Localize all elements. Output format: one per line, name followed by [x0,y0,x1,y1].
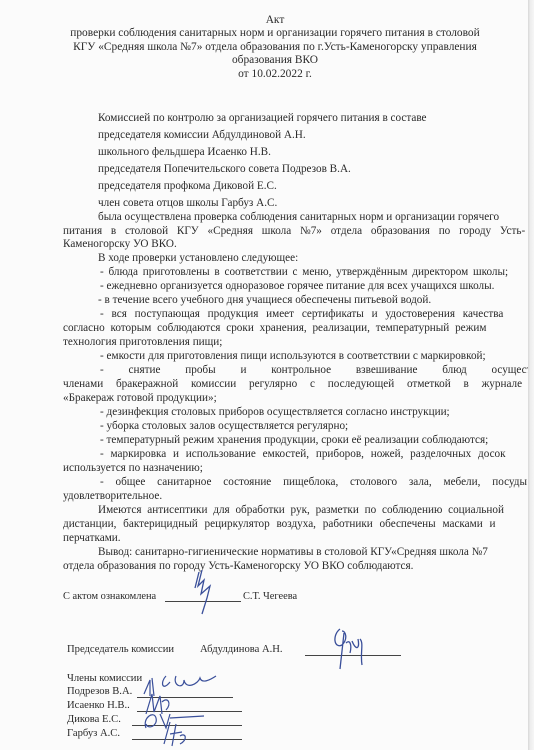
acknowledged-name: С.Т. Чегеева [243,590,297,603]
finding-item: - ежедневно организуется одноразовое гор… [100,280,494,293]
commission-member: председателя комиссии Абдулдиновой А.Н. [98,129,306,142]
doc-title: Акт [70,14,480,27]
conclusion-line: отдела образования по городу Усть-Камено… [63,560,413,573]
finding-item: - снятие пробы и контрольное взвешивание… [100,364,534,377]
finding-item: - блюда приготовлены в соответствии с ме… [100,266,508,279]
finding-item-cont: удовлетворительное. [63,490,162,503]
commission-member: член совета отцов школы Гарбуз А.С. [98,197,277,210]
finding-item: - вся поступающая продукция имеет сертиф… [100,308,503,321]
finding-item-cont: технология приготовления пищи; [63,336,222,349]
finding-item: - маркировка и использование емкостей, п… [100,448,506,461]
document-page: Акт проверки соблюдения санитарных норм … [0,0,528,750]
acknowledged-label: С актом ознакомлена [63,590,156,603]
doc-subtitle-line-1: проверки соблюдения санитарных норм и ор… [70,27,480,40]
paragraph-line: перчатками. [63,532,121,545]
member-name: Гарбуз А.С. [67,727,120,740]
doc-subtitle-line-3: образования ВКО [70,54,480,67]
signature-garbuz [158,718,198,750]
document-header: Акт проверки соблюдения санитарных норм … [70,14,480,81]
paragraph-line: была осуществлена проверка соблюдения са… [98,211,499,224]
finding-item: - емкости для приготовления пищи использ… [100,350,486,363]
member-name: Исаенко Н.В.. [67,699,130,712]
page-edge-shadow [528,0,534,750]
finding-item: - температурный режим хранения продукции… [100,434,488,447]
member-name: Подрезов В.А. [67,685,132,698]
paragraph-line: Имеются антисептики для обработки рук, р… [98,504,504,517]
commission-intro: Комиссией по контролю за организацией го… [98,112,427,125]
paragraph-line: дистанции, бактерицидный рециркулятор во… [63,518,496,531]
finding-item-cont: используется по назначению; [63,462,203,475]
paragraph-line: питания в столовой КГУ «Средняя школа №7… [63,225,525,238]
commission-member: председателя Попечительского совета Подр… [98,163,351,176]
findings-intro: В ходе проверки установлено следующее: [98,252,298,265]
signature-chegeeva [190,568,220,623]
members-title: Члены комиссии [67,672,142,685]
chair-name: Абдулдинова А.Н. [200,643,283,656]
member-name: Дикова Е.С. [67,713,121,726]
finding-item-cont: членами бракеражной комиссии регулярно с… [63,378,522,391]
commission-member: школьного фельдшера Исаенко Н.В. [98,146,271,159]
commission-member: председателя профкома Диковой Е.С. [98,180,277,193]
finding-item: - в течение всего учебного дня учащиеся … [98,294,431,307]
finding-item-cont: согласно которым соблюдаются сроки хране… [63,322,486,335]
paragraph-line: Каменогорску УО ВКО. [63,238,177,251]
doc-subtitle-line-2: КГУ «Средняя школа №7» отдела образовани… [70,41,480,54]
finding-item: - уборка столовых залов осуществляется р… [100,420,348,433]
chair-label: Председатель комиссии [67,643,174,656]
conclusion-line: Вывод: санитарно-гигиенические нормативы… [98,546,488,559]
finding-item: - общее санитарное состояние пищеблока, … [100,476,527,489]
finding-item: - дезинфекция столовых приборов осуществ… [100,406,450,419]
doc-date: от 10.02.2022 г. [70,68,480,81]
signature-abduldinova [330,625,380,680]
finding-item-cont: «Бракераж готовой продукции»; [63,392,217,405]
